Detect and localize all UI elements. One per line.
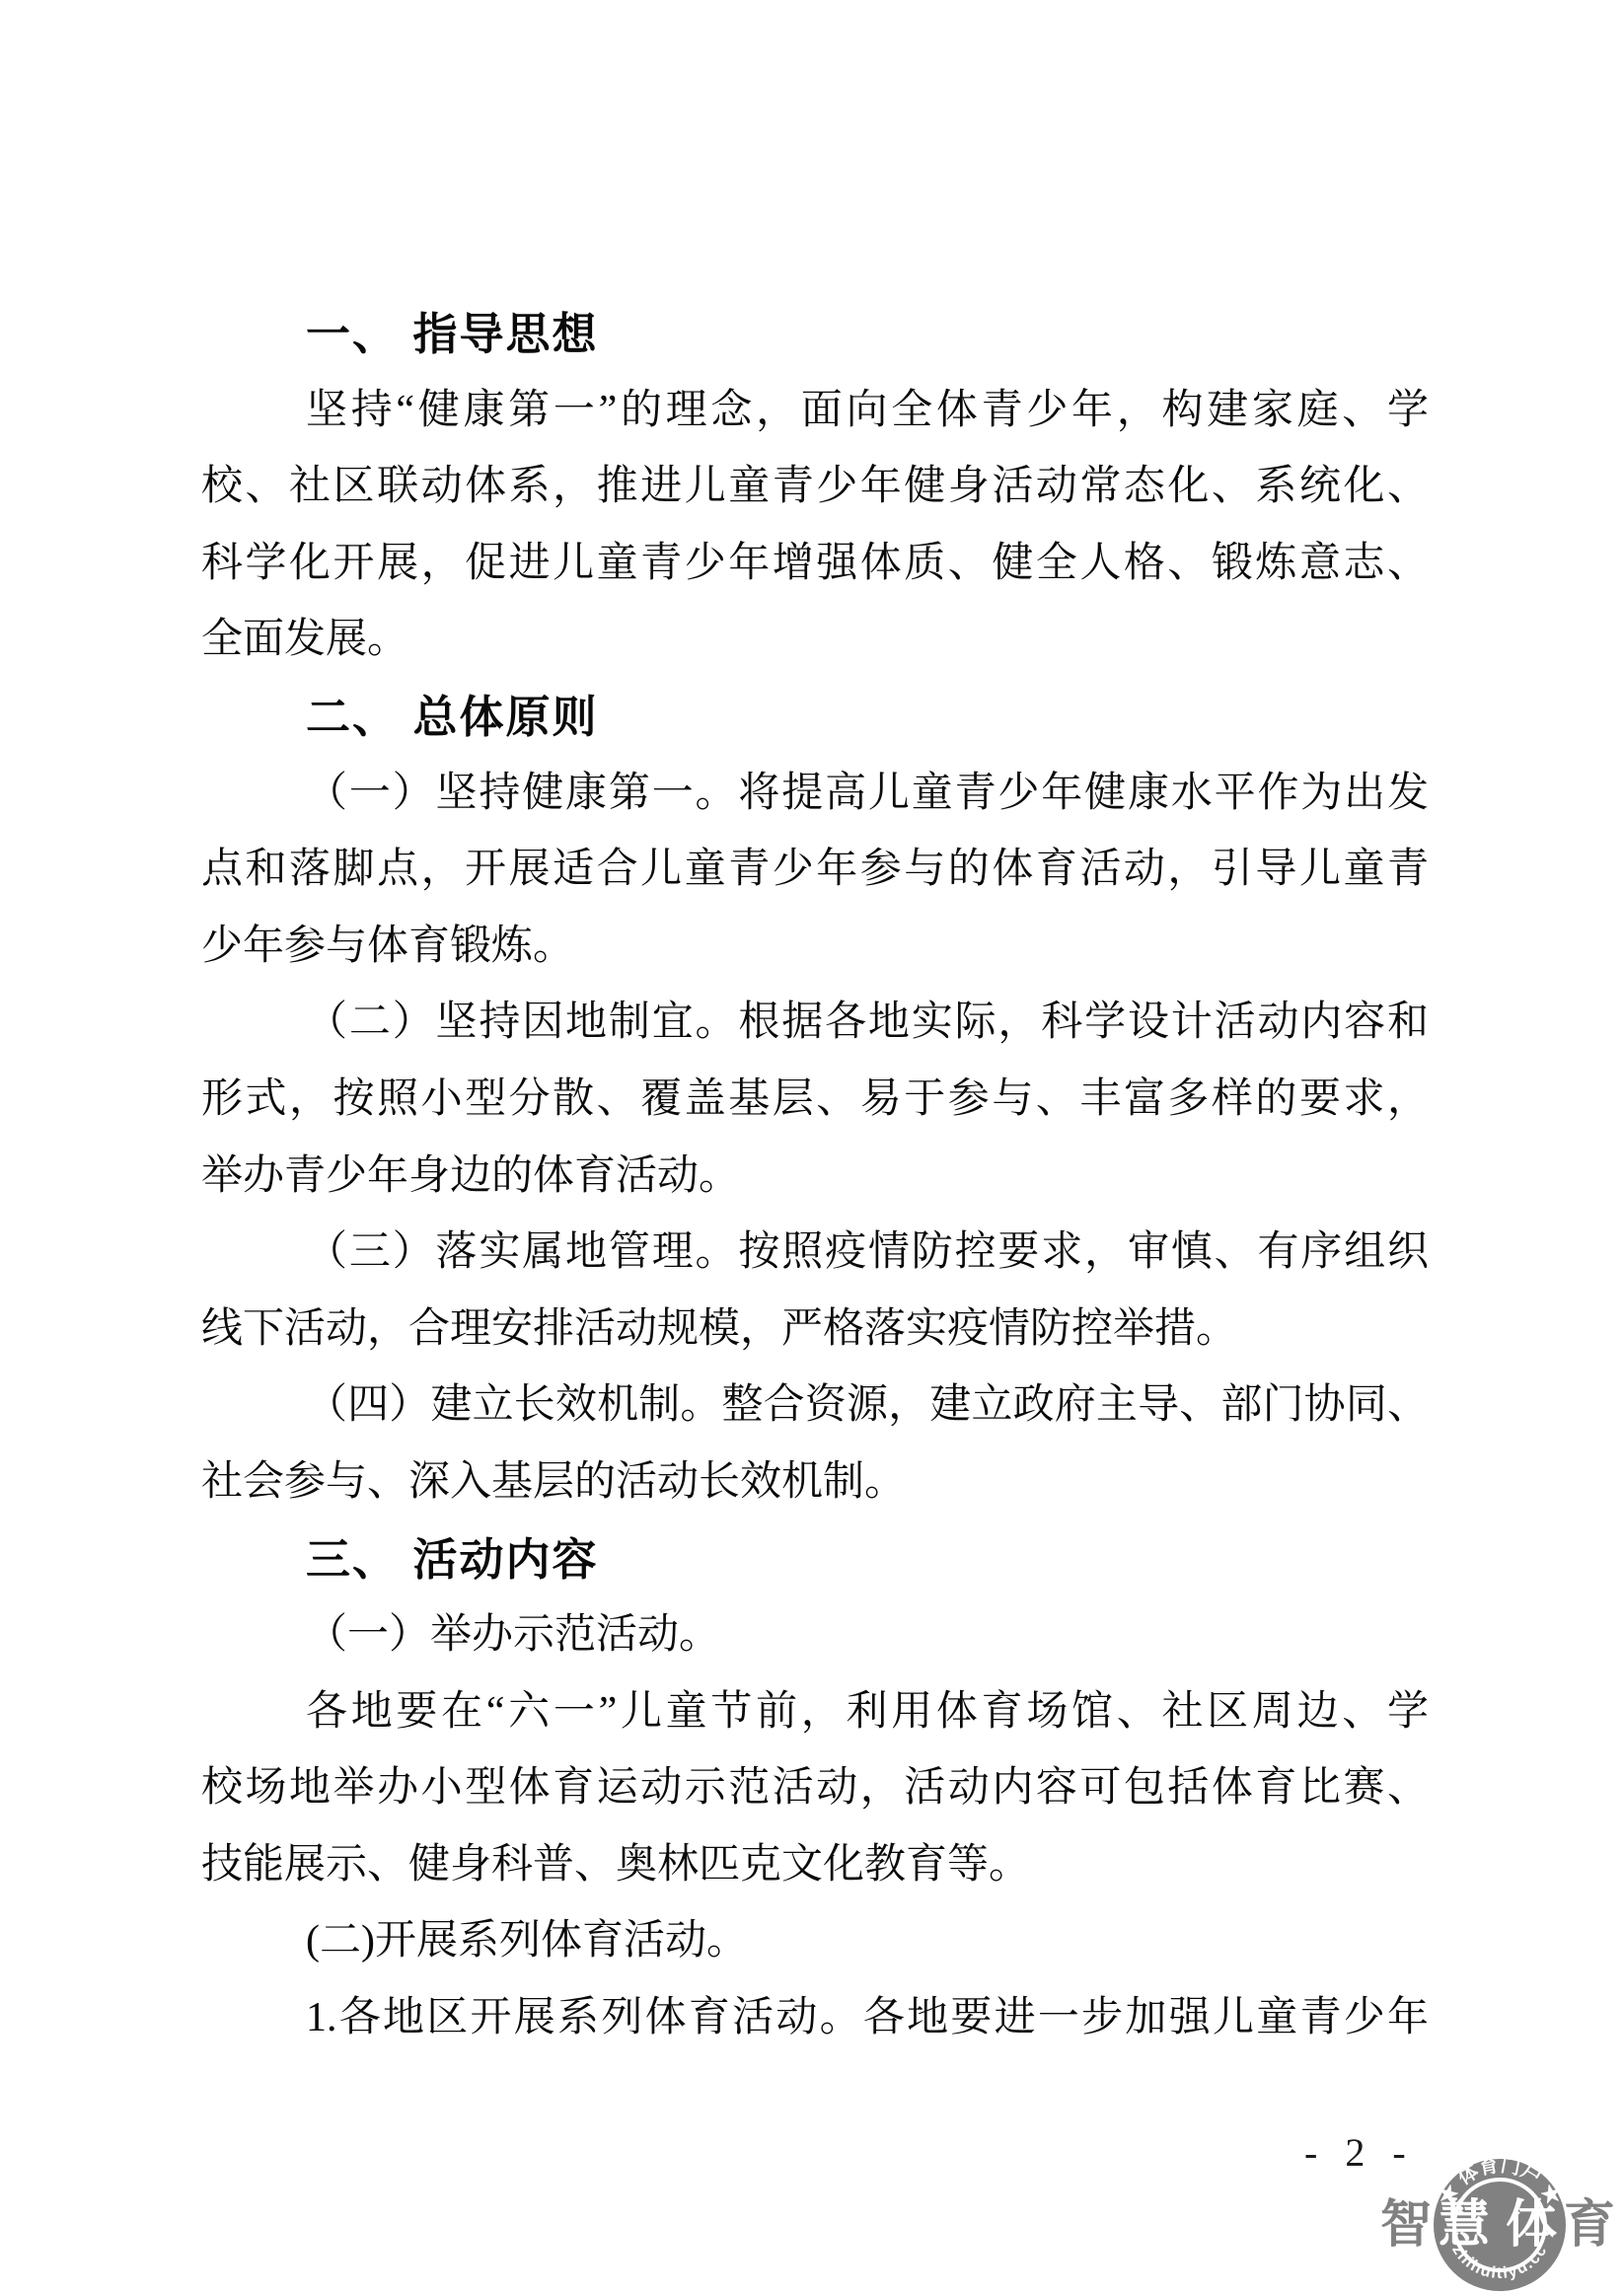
text-line: 举办青少年身边的体育活动。 — [201, 1139, 1429, 1216]
text-line: （一）坚持健康第一。将提高儿童青少年健康水平作为出发 — [201, 756, 1429, 833]
text-line: （四）建立长效机制。整合资源，建立政府主导、部门协同、 — [201, 1368, 1429, 1444]
watermark-char-zhi: 智 — [1380, 2196, 1432, 2254]
text-line: 校、社区联动体系，推进儿童青少年健身活动常态化、系统化、 — [201, 449, 1429, 526]
section-heading: 一、 指导思想 — [201, 296, 1429, 373]
watermark-char-hui: 慧 — [1439, 2196, 1490, 2254]
text-line: 坚持“健康第一”的理念，面向全体青少年，构建家庭、学 — [201, 373, 1429, 450]
watermark-char-ti: 体 — [1506, 2196, 1557, 2254]
text-line: 各地要在“六一”儿童节前，利用体育场馆、社区周边、学 — [201, 1674, 1429, 1751]
text-line: 全面发展。 — [201, 602, 1429, 679]
watermark-char-yu: 育 — [1564, 2196, 1615, 2254]
text-line: 校场地举办小型体育运动示范活动，活动内容可包括体育比赛、 — [201, 1750, 1429, 1827]
text-line: （三）落实属地管理。按照疫情防控要求，审慎、有序组织 — [201, 1215, 1429, 1292]
text-line: 形式，按照小型分散、覆盖基层、易于参与、丰富多样的要求， — [201, 1062, 1429, 1139]
section-heading: 二、 总体原则 — [201, 679, 1429, 756]
section-heading: 三、 活动内容 — [201, 1521, 1429, 1598]
text-line: (二)开展系列体育活动。 — [201, 1903, 1429, 1980]
text-line: 少年参与体育锻炼。 — [201, 909, 1429, 986]
text-line: 点和落脚点，开展适合儿童青少年参与的体育活动，引导儿童青 — [201, 832, 1429, 909]
text-line: 科学化开展，促进儿童青少年增强体质、健全人格、锻炼意志、 — [201, 526, 1429, 603]
text-line: （二）坚持因地制宜。根据各地实际，科学设计活动内容和 — [201, 985, 1429, 1062]
text-line: 1.各地区开展系列体育活动。各地要进一步加强儿童青少年 — [201, 1980, 1429, 2057]
document-lines: 一、 指导思想坚持“健康第一”的理念，面向全体青少年，构建家庭、学校、社区联动体… — [201, 296, 1429, 2057]
watermark-badge: ★ 体育门户 ★ zhihuitiyu.cc 智 慧 体 育 — [1373, 2152, 1622, 2296]
document-page: 一、 指导思想坚持“健康第一”的理念，面向全体青少年，构建家庭、学校、社区联动体… — [0, 0, 1624, 2296]
text-line: 社会参与、深入基层的活动长效机制。 — [201, 1444, 1429, 1521]
text-line: 线下活动，合理安排活动规模，严格落实疫情防控举措。 — [201, 1292, 1429, 1369]
text-line: 技能展示、健身科普、奥林匹克文化教育等。 — [201, 1827, 1429, 1904]
text-line: （一）举办示范活动。 — [201, 1597, 1429, 1674]
